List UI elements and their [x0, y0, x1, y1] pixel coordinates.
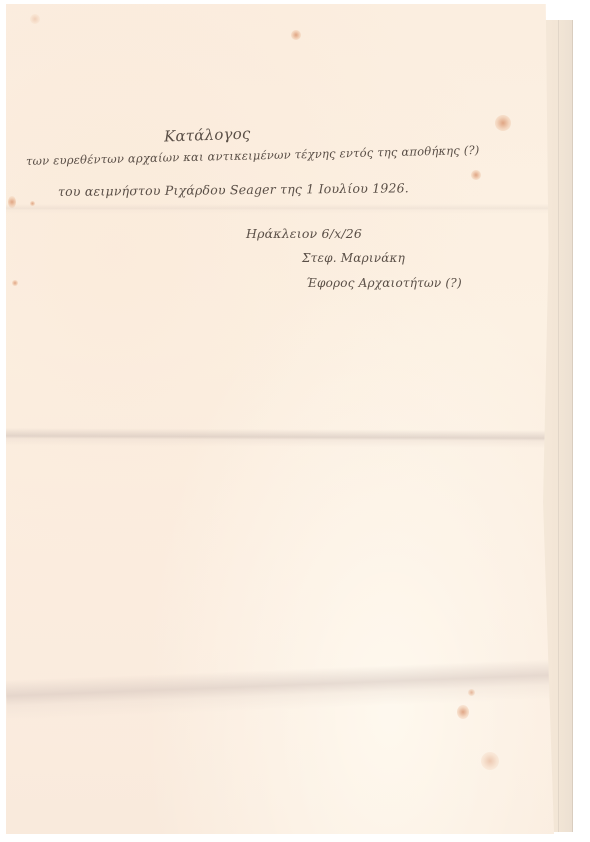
body-line: των ευρεθέντων αρχαίων και αντικειμένων …	[26, 143, 480, 168]
stain-mark	[457, 705, 469, 719]
stain-mark	[12, 280, 18, 286]
stain-mark	[495, 115, 511, 131]
fold-crease	[6, 204, 554, 214]
stain-mark	[291, 30, 301, 40]
stain-mark	[481, 752, 499, 770]
stain-mark	[468, 689, 475, 696]
fold-crease	[6, 428, 554, 448]
place-and-date: Ηράκλειον 6/x/26	[246, 226, 362, 241]
stain-mark	[30, 201, 35, 206]
stain-mark	[471, 170, 481, 180]
scanned-document: Κατάλογος των ευρεθέντων αρχαίων και αντ…	[0, 0, 590, 842]
signature-name: Στεφ. Μαρινάκη	[302, 251, 405, 265]
paper-sheet: Κατάλογος των ευρεθέντων αρχαίων και αντ…	[6, 4, 554, 834]
document-title: Κατάλογος	[164, 124, 251, 145]
stain-mark	[30, 14, 40, 24]
body-line: του αειμνήστου Ριχάρδου Seager της 1 Ιου…	[58, 180, 409, 199]
signature-role: Έφορος Αρχαιοτήτων (?)	[306, 276, 462, 290]
stain-mark	[8, 196, 16, 208]
